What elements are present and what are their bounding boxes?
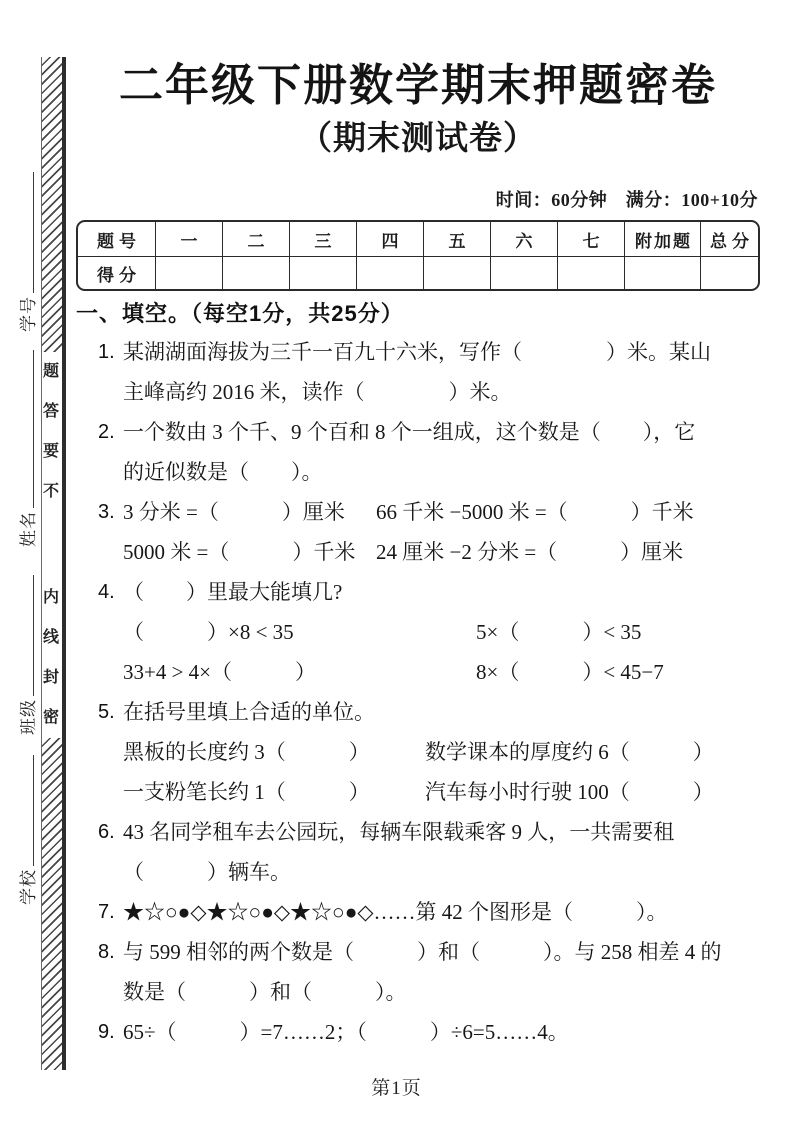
page-footer: 第1页 <box>0 1073 793 1100</box>
score-cell-empty <box>700 256 758 289</box>
question-5: 5. 在括号里填上合适的单位。 黑板的长度约 3（ ） 数学课本的厚度约 6（ … <box>98 692 760 812</box>
question-number: 7. <box>98 892 123 932</box>
score-col-bonus: 附加题 <box>624 222 700 256</box>
side-label-school: 学校 <box>15 755 39 905</box>
score-cell-empty <box>155 256 222 289</box>
score-col-7: 七 <box>557 222 624 256</box>
score-table-header-label: 题号 <box>78 222 155 256</box>
score-table: 题号 一 二 三 四 五 六 七 附加题 总分 得分 <box>76 220 760 291</box>
score-cell-empty <box>423 256 490 289</box>
line-left: （ ）×8 < 35 <box>123 612 476 652</box>
exam-title: 二年级下册数学期末押题密卷 <box>76 60 760 111</box>
side-label-text: 学号 <box>14 296 39 332</box>
write-in-line <box>33 575 34 696</box>
score-col-3: 三 <box>289 222 356 256</box>
question-line: 一支粉笔长约 1（ ） 汽车每小时行驶 100（ ） <box>123 772 760 812</box>
exam-meta: 时间：60分钟 满分：100+10分 <box>76 186 760 212</box>
question-number: 3. <box>98 492 123 532</box>
question-number: 4. <box>98 572 123 612</box>
question-line: 某湖湖面海拔为三千一百九十六米，写作（ ）米。某山 <box>123 332 760 372</box>
question-8: 8. 与 599 相邻的两个数是（ ）和（ ）。与 258 相差 4 的 数是（… <box>98 932 760 1012</box>
question-3: 3. 3 分米 =（ ）厘米 66 千米 −5000 米 =（ ）千米 5000… <box>98 492 760 572</box>
question-4: 4. （ ）里最大能填几? （ ）×8 < 35 5×（ ）< 35 33+4 … <box>98 572 760 692</box>
question-number: 2. <box>98 412 123 452</box>
question-line: 在括号里填上合适的单位。 <box>123 692 760 732</box>
question-line: 与 599 相邻的两个数是（ ）和（ ）。与 258 相差 4 的 <box>123 932 760 972</box>
main-content: 二年级下册数学期末押题密卷 （期末测试卷） 时间：60分钟 满分：100+10分… <box>76 40 760 1052</box>
score-row-label: 得分 <box>78 256 155 289</box>
seal-char: 密 <box>39 698 63 738</box>
question-line: （ ）辆车。 <box>123 852 760 892</box>
question-line: ★☆○●◇★☆○●◇★☆○●◇……第 42 个图形是（ ）。 <box>123 892 760 932</box>
question-line: 33+4 > 4×（ ） 8×（ ）< 45−7 <box>123 652 760 692</box>
line-right: 5×（ ）< 35 <box>476 612 641 652</box>
score-cell-empty <box>490 256 557 289</box>
line-right: 8×（ ）< 45−7 <box>476 652 664 692</box>
line-left: 5000 米 =（ ）千米 <box>123 532 376 572</box>
score-col-1: 一 <box>155 222 222 256</box>
line-left: 33+4 > 4×（ ） <box>123 652 476 692</box>
question-number: 6. <box>98 812 123 852</box>
side-label-text: 学校 <box>14 869 39 905</box>
question-line: 43 名同学租车去公园玩，每辆车限载乘客 9 人，一共需要租 <box>123 812 760 852</box>
question-9: 9. 65÷（ ）=7……2；（ ）÷6=5……4。 <box>98 1012 760 1052</box>
seal-char: 线 <box>39 618 63 658</box>
seal-band: 题 答 要 不 内 线 封 密 <box>42 57 62 1070</box>
line-right: 数学课本的厚度约 6（ ） <box>425 732 714 772</box>
score-cell-empty <box>557 256 624 289</box>
line-left: 黑板的长度约 3（ ） <box>123 732 425 772</box>
exam-subtitle: （期末测试卷） <box>76 119 760 160</box>
question-line: 黑板的长度约 3（ ） 数学课本的厚度约 6（ ） <box>123 732 760 772</box>
seal-char: 答 <box>39 392 63 432</box>
side-label-name: 姓名 <box>15 350 39 547</box>
side-label-text: 班级 <box>14 699 39 735</box>
write-in-line <box>33 172 34 293</box>
seal-char: 要 <box>39 432 63 472</box>
question-line: 3 分米 =（ ）厘米 66 千米 −5000 米 =（ ）千米 <box>123 492 760 532</box>
score-col-5: 五 <box>423 222 490 256</box>
score-cell-empty <box>624 256 700 289</box>
seal-char: 内 <box>39 578 63 618</box>
question-6: 6. 43 名同学租车去公园玩，每辆车限载乘客 9 人，一共需要租 （ ）辆车。 <box>98 812 760 892</box>
question-line: 65÷（ ）=7……2；（ ）÷6=5……4。 <box>123 1012 760 1052</box>
seal-char: 题 <box>39 352 63 392</box>
line-right: 24 厘米 −2 分米 =（ ）厘米 <box>376 532 683 572</box>
question-number: 5. <box>98 692 123 732</box>
seal-char: 封 <box>39 658 63 698</box>
exam-page: 题 答 要 不 内 线 封 密 学号 姓名 班级 学校 二年级下册数学期末押题密… <box>0 0 793 1122</box>
line-right: 汽车每小时行驶 100（ ） <box>425 772 714 812</box>
score-cell-empty <box>222 256 289 289</box>
question-line: （ ）×8 < 35 5×（ ）< 35 <box>123 612 760 652</box>
score-cell-empty <box>356 256 423 289</box>
side-label-text: 姓名 <box>14 511 39 547</box>
score-col-total: 总分 <box>700 222 758 256</box>
question-line: （ ）里最大能填几? <box>123 572 760 612</box>
question-7: 7. ★☆○●◇★☆○●◇★☆○●◇……第 42 个图形是（ ）。 <box>98 892 760 932</box>
question-line: 主峰高约 2016 米，读作（ ）米。 <box>123 372 760 412</box>
question-number: 9. <box>98 1012 123 1052</box>
score-cell-empty <box>289 256 356 289</box>
line-right: 66 千米 −5000 米 =（ ）千米 <box>376 492 694 532</box>
line-left: 3 分米 =（ ）厘米 <box>123 492 376 532</box>
side-label-student-id: 学号 <box>15 172 39 332</box>
seal-thick-line <box>62 57 66 1070</box>
score-col-2: 二 <box>222 222 289 256</box>
question-line: 5000 米 =（ ）千米 24 厘米 −2 分米 =（ ）厘米 <box>123 532 760 572</box>
seal-char: 不 <box>39 472 63 512</box>
write-in-line <box>33 755 34 866</box>
question-list: 1. 某湖湖面海拔为三千一百九十六米，写作（ ）米。某山 主峰高约 2016 米… <box>76 332 760 1052</box>
section-heading: 一、填空。（每空1分，共25分） <box>76 301 760 327</box>
write-in-line <box>33 350 34 508</box>
question-line: 数是（ ）和（ ）。 <box>123 972 760 1012</box>
question-2: 2. 一个数由 3 个千、9 个百和 8 个一组成，这个数是（ ），它 的近似数… <box>98 412 760 492</box>
question-line: 的近似数是（ ）。 <box>123 452 760 492</box>
question-line: 一个数由 3 个千、9 个百和 8 个一组成，这个数是（ ），它 <box>123 412 760 452</box>
score-col-6: 六 <box>490 222 557 256</box>
seal-hatch-bottom <box>42 738 62 1070</box>
question-number: 1. <box>98 332 123 372</box>
seal-hatch-top <box>42 57 62 352</box>
question-1: 1. 某湖湖面海拔为三千一百九十六米，写作（ ）米。某山 主峰高约 2016 米… <box>98 332 760 412</box>
line-left: 一支粉笔长约 1（ ） <box>123 772 425 812</box>
score-col-4: 四 <box>356 222 423 256</box>
question-number: 8. <box>98 932 123 972</box>
side-label-class: 班级 <box>15 575 39 735</box>
